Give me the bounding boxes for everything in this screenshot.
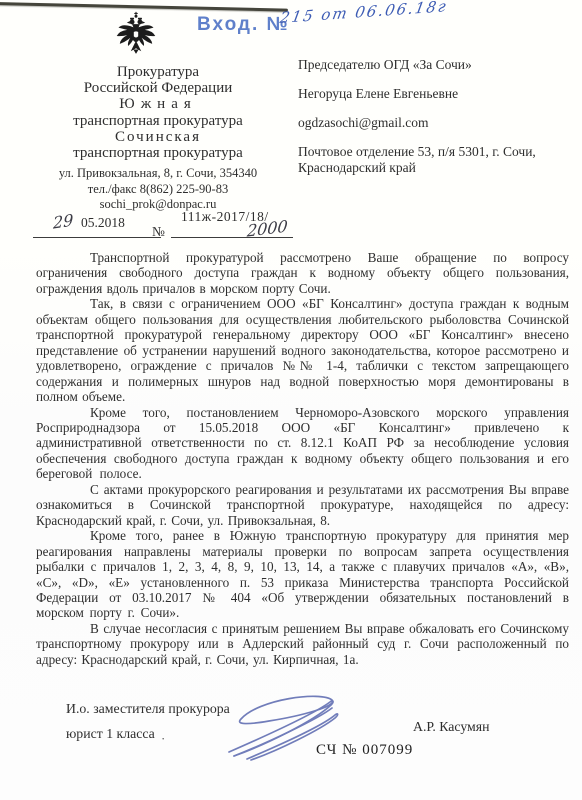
org-name-line: Сочинская (33, 129, 283, 145)
org-name-line: транспортная прокуратура (33, 113, 283, 129)
org-name-line: транспортная прокуратура (33, 145, 283, 161)
printed-date: 05.2018 (81, 215, 125, 231)
handwritten-day: 29 (53, 210, 73, 232)
pen-dot-artifact: · (161, 731, 165, 747)
body-paragraph: Кроме того, ранее в Южную транспортную п… (36, 528, 569, 621)
org-postal-address: ул. Привокзальная, 8, г. Сочи, 354340 (33, 166, 283, 182)
recipient-email: ogdzasochi@gmail.com (298, 115, 543, 131)
body-paragraph: Так, в связи с ограничением ООО «БГ Конс… (36, 296, 569, 404)
body-paragraph: Транспортной прокуратурой рассмотрено Ва… (36, 250, 569, 296)
coat-of-arms-eagle-icon (114, 11, 158, 57)
letterhead-blank-number: СЧ № 007099 (316, 742, 413, 759)
org-phone: тел./факс 8(862) 225-90-83 (33, 182, 283, 198)
signer-position-line2: юрист 1 класса (66, 726, 155, 742)
signer-position-line1: И.о. заместителя прокурора (66, 701, 230, 717)
incoming-stamp-handwritten-number: 215 от 06.06.18г (279, 0, 450, 27)
letter-body: Транспортной прокуратурой рассмотрено Ва… (36, 250, 569, 667)
scanned-letter-page: Вход. № 215 от 06.06.18г (0, 0, 582, 800)
body-paragraph: В случае несогласия с принятым решением … (36, 621, 569, 667)
letterhead-block: Прокуратура Российской Федерации Южная т… (33, 64, 283, 213)
recipient-title: Председателю ОГД «За Сочи» (298, 57, 543, 73)
body-paragraph: С актами прокурорского реагирования и ре… (36, 482, 569, 528)
recipient-postal-address: Почтовое отделение 53, п/я 5301, г. Сочи… (298, 144, 543, 176)
recipient-name: Негоруца Елене Евгеньевне (298, 86, 543, 102)
org-name-line: Российской Федерации (33, 80, 283, 96)
incoming-stamp-label: Вход. № (197, 14, 290, 36)
org-name-line: Прокуратура (33, 64, 283, 80)
org-name-line: Южная (33, 96, 283, 112)
recipient-block: Председателю ОГД «За Сочи» Негоруца Елен… (298, 57, 543, 189)
date-underline (33, 237, 161, 238)
number-sign: № (152, 224, 165, 240)
body-paragraph: Кроме того, постановлением Черноморо-Азо… (36, 405, 569, 482)
signer-name: А.Р. Касумян (413, 719, 490, 735)
